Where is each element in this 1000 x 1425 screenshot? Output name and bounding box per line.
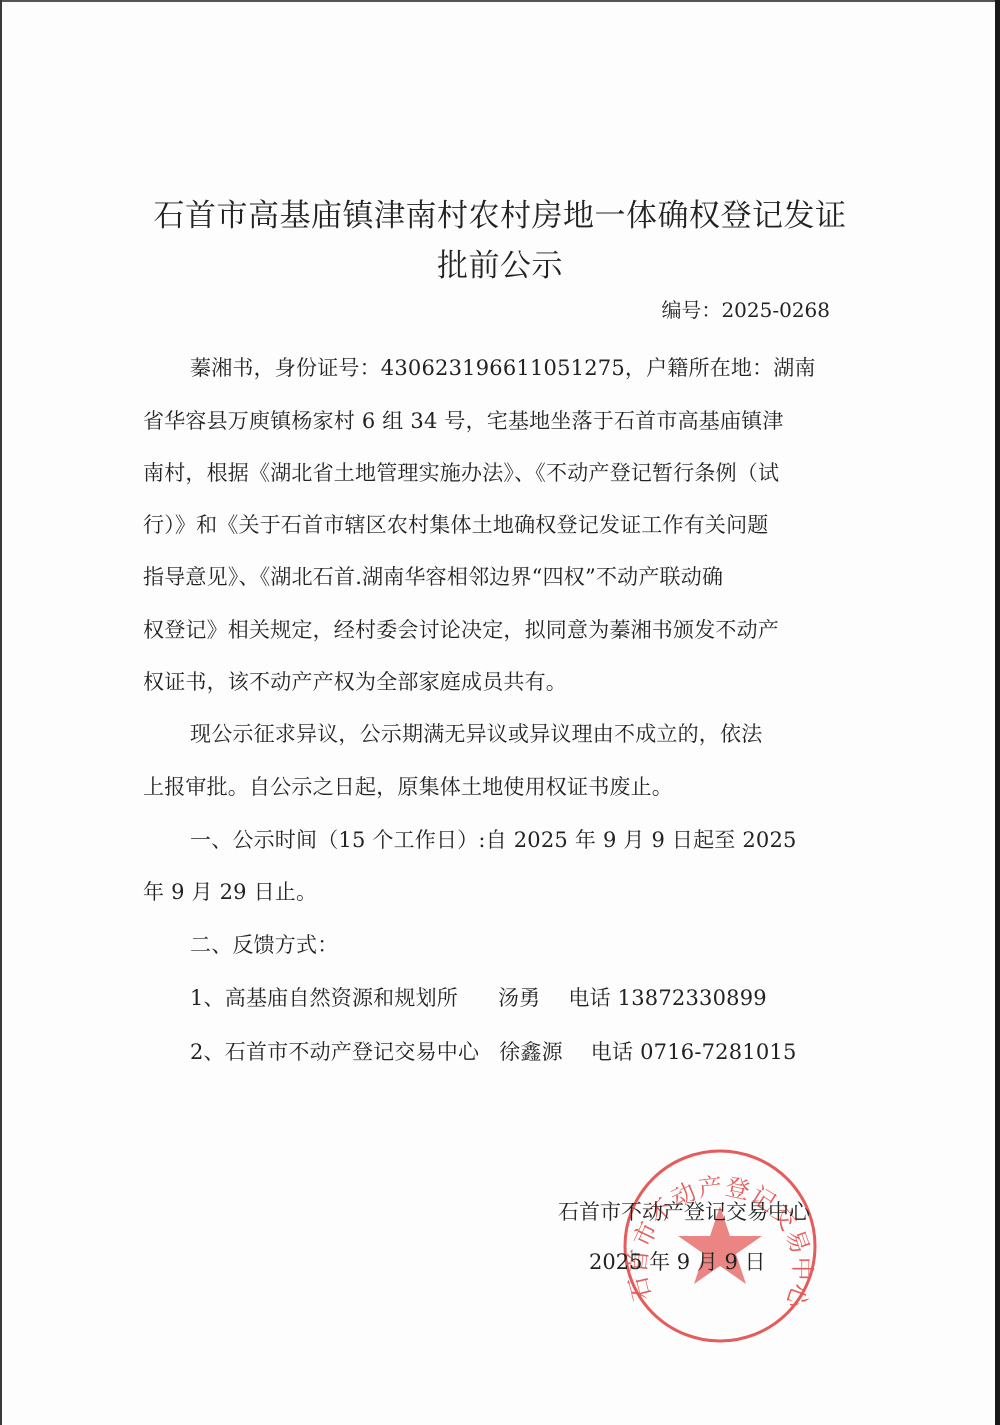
document-title-line1: 石首市高基庙镇津南村农村房地一体确权登记发证 [140, 190, 860, 235]
contact-item-2: 2、石首市不动产登记交易中心徐鑫源电话 0716-7281015 [190, 1036, 890, 1066]
body-line: 现公示征求异议，公示期满无异议或异议理由不成立的，依法 [190, 718, 890, 748]
contact-person: 徐鑫源 [499, 1040, 563, 1064]
contact-org: 石首市不动产登记交易中心 [225, 1040, 479, 1064]
contact-phone-label: 电话 [568, 986, 610, 1010]
body-line: 南村，根据《湖北省土地管理实施办法》、《不动产登记暂行条例（试 [143, 457, 843, 487]
body-line: 指导意见》、《湖北石首.湖南华容相邻边界“四权”不动产联动确 [143, 561, 843, 591]
contact-index: 1、 [190, 986, 225, 1010]
body-line: 权登记》相关规定，经村委会讨论决定，拟同意为蓁湘书颁发不动产 [143, 614, 843, 644]
contact-person: 汤勇 [498, 986, 540, 1010]
body-line: 行）》和《关于石首市辖区农村集体土地确权登记发证工作有关问题 [143, 509, 843, 539]
signature-organization: 石首市不动产登记交易中心 [558, 1196, 810, 1226]
body-line: 上报审批。自公示之日起，原集体土地使用权证书废止。 [143, 771, 843, 801]
contact-phone: 13872330899 [618, 986, 767, 1010]
contact-item-1: 1、高基庙自然资源和规划所汤勇电话 13872330899 [190, 982, 890, 1012]
body-line: 蓁湘书，身份证号：430623196611051275，户籍所在地：湖南 [190, 352, 890, 382]
section-publicity-period: 一、公示时间（15 个工作日）:自 2025 年 9 月 9 日起至 2025 [190, 824, 890, 854]
body-line: 年 9 月 29 日止。 [143, 876, 843, 906]
contact-index: 2、 [190, 1040, 225, 1064]
document-page: 石首市高基庙镇津南村农村房地一体确权登记发证 批前公示 编号：2025-0268… [0, 0, 1000, 1425]
section-feedback-heading: 二、反馈方式： [190, 929, 890, 959]
document-number-label: 编号： [661, 298, 721, 322]
signature-date: 2025 年 9 月 9 日 [589, 1246, 766, 1276]
contact-phone-label: 电话 [591, 1040, 633, 1064]
document-number: 编号：2025-0268 [661, 294, 830, 323]
contact-org: 高基庙自然资源和规划所 [225, 986, 458, 1010]
contact-phone: 0716-7281015 [640, 1040, 796, 1064]
document-number-value: 2025-0268 [721, 298, 830, 322]
document-title-line2: 批前公示 [140, 240, 860, 285]
body-line: 省华容县万庾镇杨家村 6 组 34 号，宅基地坐落于石首市高基庙镇津 [143, 405, 843, 435]
body-line: 权证书，该不动产产权为全部家庭成员共有。 [143, 666, 843, 696]
